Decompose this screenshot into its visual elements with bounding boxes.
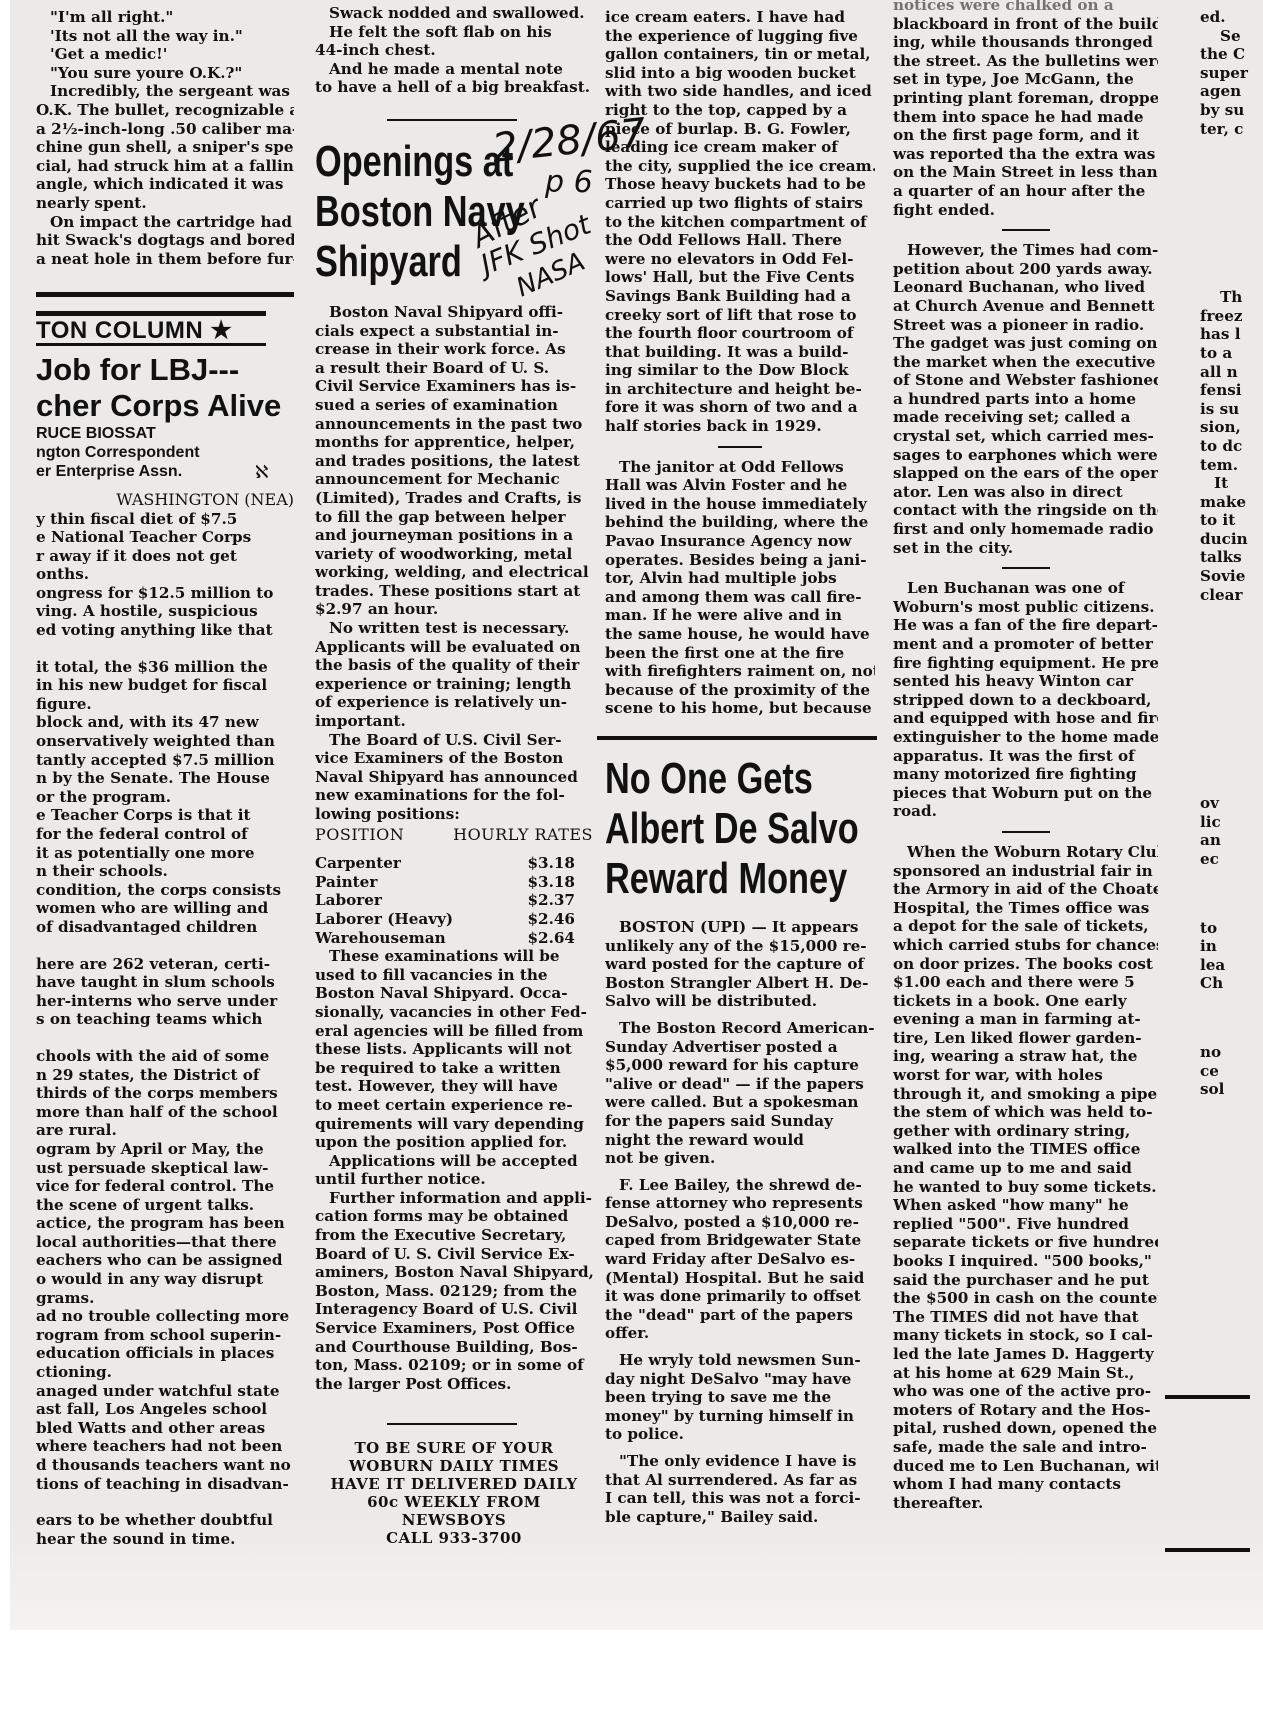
- table-row: Warehouseman$2.64: [315, 929, 585, 948]
- headline-line-2: cher Corps Alive: [36, 388, 294, 424]
- col5-mid: Th freez has l to a all n fensi is su si…: [1200, 288, 1263, 604]
- col5-low-2: to in lea Ch: [1200, 919, 1263, 993]
- col1-top-text: "I'm all right." 'Its not all the way in…: [36, 8, 294, 268]
- column-odd-fellows-desalvo: ice cream eaters. I have had the experie…: [605, 0, 875, 1526]
- col1-body-2: it total, the $36 million the in his new…: [36, 658, 294, 937]
- col2-body-2: No written test is necessary. Applicants…: [315, 619, 593, 731]
- delivery-promo-box: TO BE SURE OF YOUR WOBURN DAILY TIMES HA…: [315, 1439, 593, 1547]
- divider-rule: [36, 311, 266, 316]
- column-teacher-corps: "I'm all right." 'Its not all the way in…: [36, 0, 294, 1548]
- col2-body-4: These examinations will be used to fill …: [315, 947, 593, 1152]
- col5-low-1: ov lic an ec: [1200, 794, 1263, 868]
- col1-body-1: y thin fiscal diet of $7.5 e National Te…: [36, 510, 294, 640]
- rates-table-header: POSITION HOURLY RATES: [315, 826, 593, 845]
- col5-top: ed. Se the C super agen by su ter, c: [1200, 8, 1263, 138]
- column-cutoff-fragments: ed. Se the C super agen by su ter, c Th …: [1200, 0, 1263, 1099]
- col2-body-1: Boston Naval Shipyard offi- cials expect…: [315, 303, 593, 619]
- col5-low-3: no ce sol: [1200, 1043, 1263, 1099]
- col3-body-5: F. Lee Bailey, the shrewd de- fense atto…: [605, 1176, 875, 1343]
- headline-desalvo: No One Gets Albert De Salvo Reward Money: [605, 754, 875, 904]
- col3-body-4: The Boston Record American- Sunday Adver…: [605, 1019, 875, 1168]
- col4-body-4: When the Woburn Rotary Club sponsored an…: [893, 843, 1158, 1512]
- divider-rule: [1002, 229, 1050, 231]
- column-woburn-times: notices were chalked on a blackboard in …: [893, 0, 1158, 1512]
- table-row: Laborer (Heavy)$2.46: [315, 910, 585, 929]
- col3-body-7: "The only evidence I have is that Al sur…: [605, 1452, 875, 1526]
- divider-rule: [1002, 567, 1050, 569]
- col1-body-5: ears to be whether doubtful hear the sou…: [36, 1511, 294, 1548]
- col3-body-2: The janitor at Odd Fellows Hall was Alvi…: [605, 458, 875, 718]
- col2-top-text: Swack nodded and swallowed. He felt the …: [315, 4, 593, 97]
- col2-body-5: Applications will be accepted until furt…: [315, 1152, 593, 1189]
- rates-table: Carpenter$3.18 Painter$3.18 Laborer$2.37…: [315, 854, 593, 947]
- col1-body-4: chools with the aid of some n 29 states,…: [36, 1047, 294, 1493]
- divider-rule: [1165, 1548, 1250, 1552]
- col1-body-3: here are 262 veteran, certi- have taught…: [36, 955, 294, 1029]
- col4-body-1: notices were chalked on a blackboard in …: [893, 0, 1158, 219]
- divider-rule: [1002, 831, 1050, 833]
- col4-body-3: Len Buchanan was one of Woburn's most pu…: [893, 579, 1158, 821]
- col4-body-2: However, the Times had com- petition abo…: [893, 241, 1158, 557]
- col3-body-3: BOSTON (UPI) — It appears unlikely any o…: [605, 918, 875, 1011]
- table-row: Painter$3.18: [315, 873, 585, 892]
- col2-body-6: Further information and appli- cation fo…: [315, 1189, 593, 1394]
- divider-rule: [387, 119, 517, 121]
- divider-rule: [1165, 1395, 1250, 1399]
- section-header: TON COLUMN ★: [36, 322, 294, 341]
- table-row: Carpenter$3.18: [315, 854, 585, 873]
- handwritten-page: p 6: [545, 165, 593, 200]
- table-row: Laborer$2.37: [315, 891, 585, 910]
- dateline: WASHINGTON (NEA): [36, 491, 294, 510]
- divider-rule: [718, 446, 762, 448]
- col3-body-6: He wryly told newsmen Sun- day night DeS…: [605, 1351, 875, 1444]
- col3-body-1: ice cream eaters. I have had the experie…: [605, 8, 875, 436]
- divider-rule: [597, 736, 877, 740]
- headline-line-1: Job for LBJ---: [36, 352, 294, 388]
- divider-rule: [36, 292, 294, 297]
- handwritten-initials: ℵ: [255, 462, 268, 483]
- col2-body-3: The Board of U.S. Civil Ser- vice Examin…: [315, 731, 593, 824]
- byline-title: ngton Correspondent: [36, 443, 294, 462]
- byline-name: RUCE BIOSSAT: [36, 424, 294, 443]
- divider-rule: [387, 1423, 517, 1425]
